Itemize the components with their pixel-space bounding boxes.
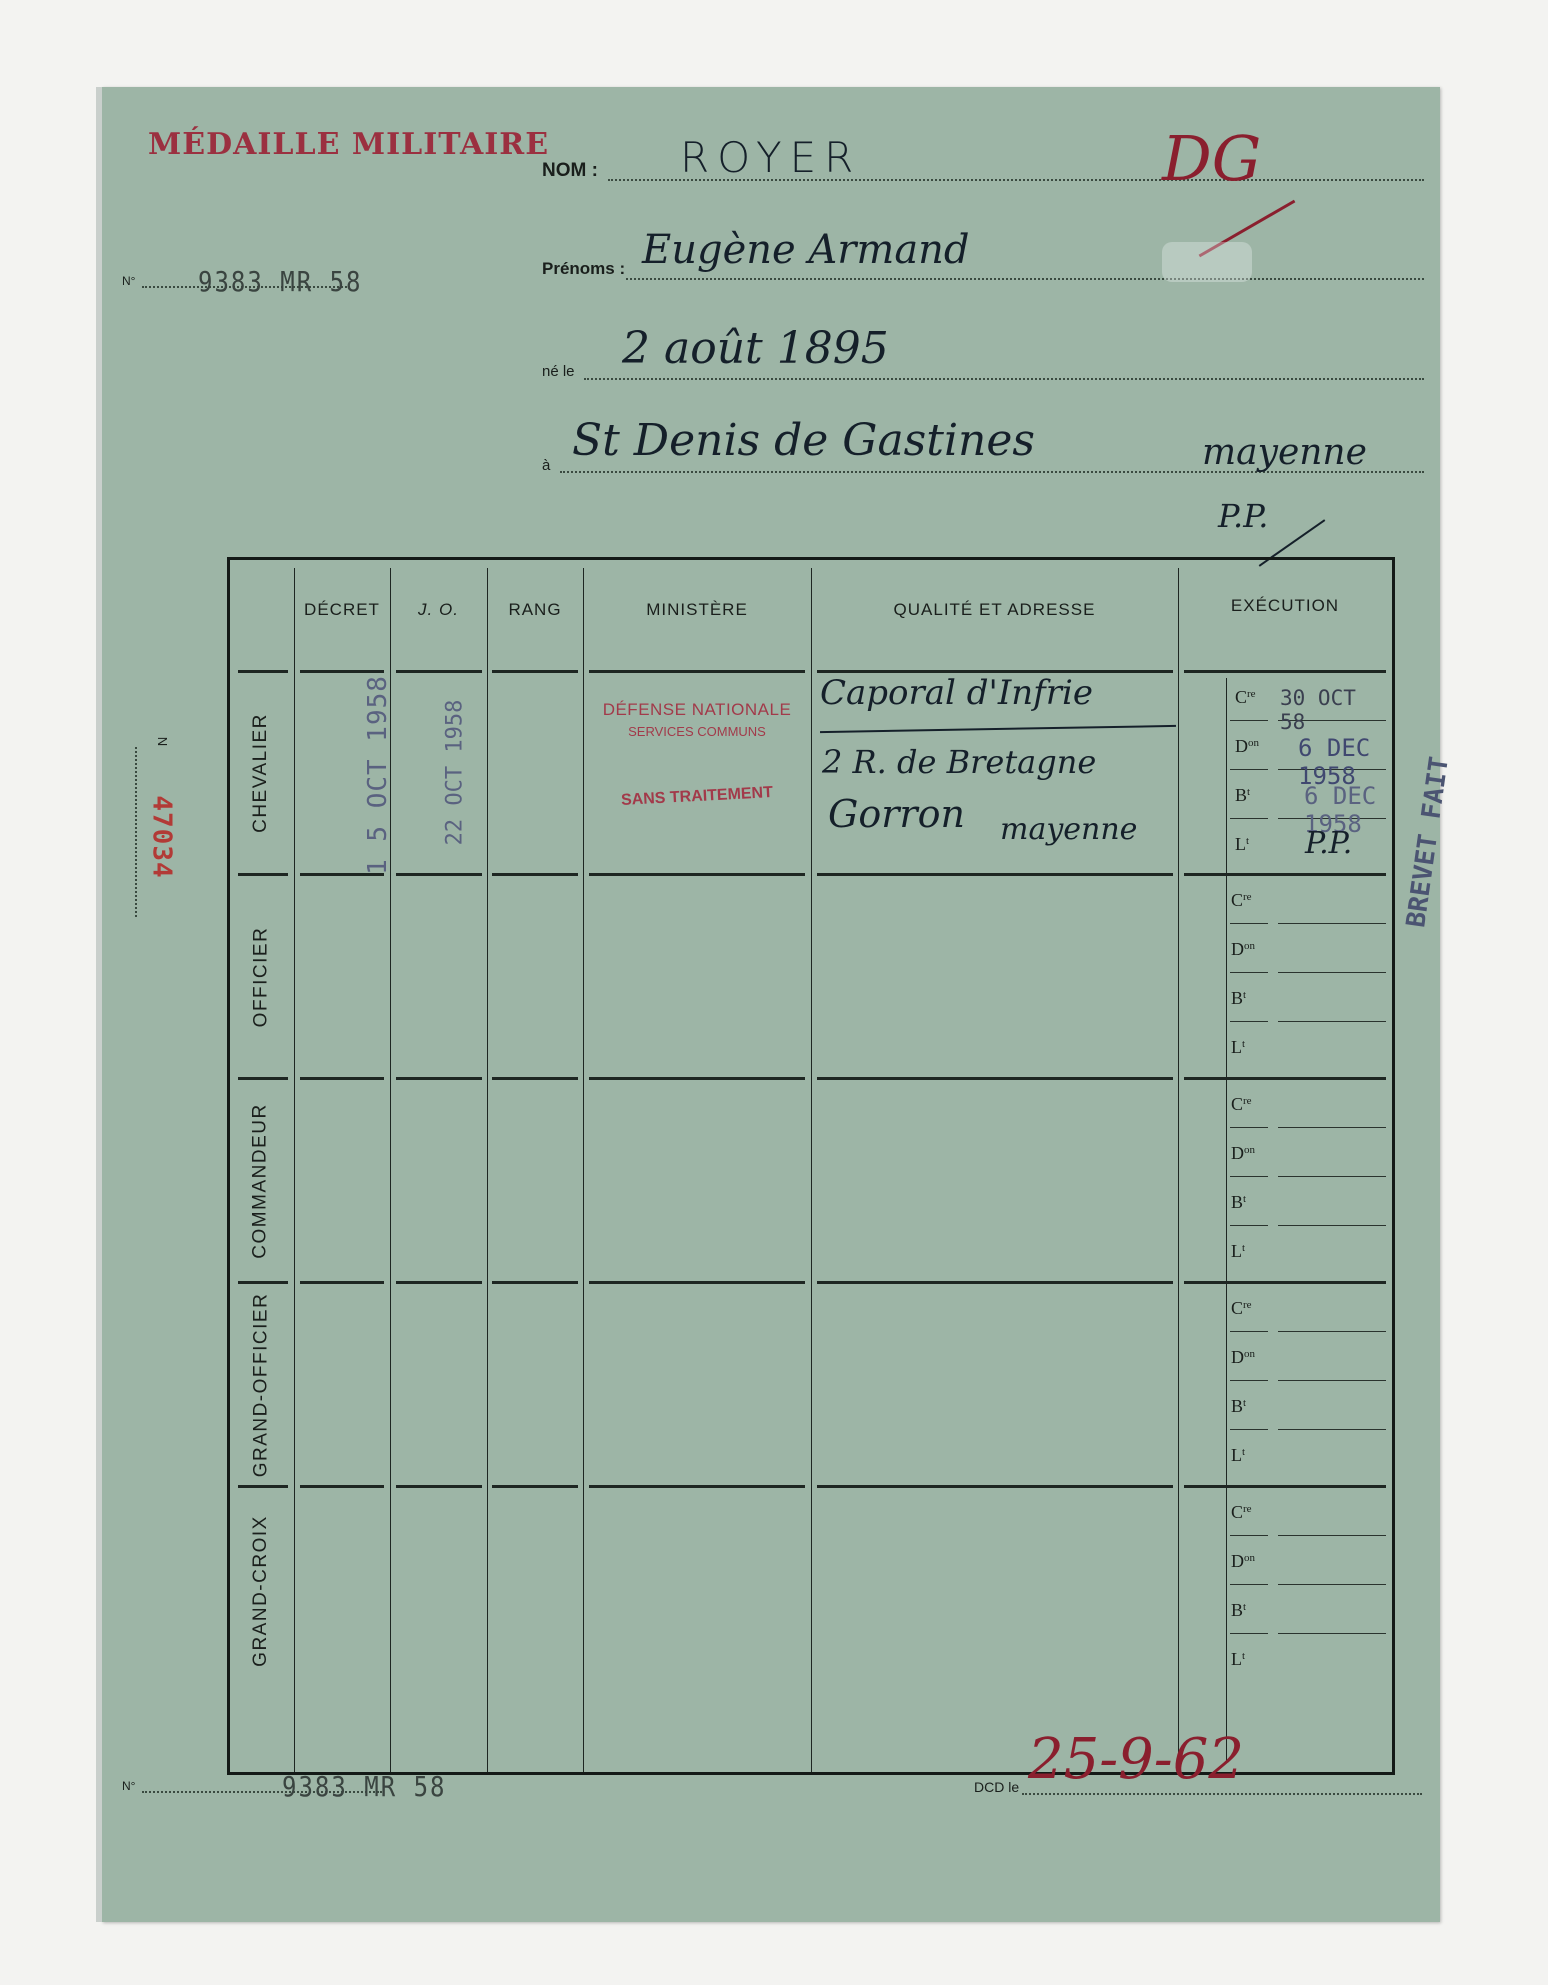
row-sep <box>300 1077 384 1080</box>
exec-lt-value: P.P. <box>1305 826 1352 861</box>
row-label-commandeur: COMMANDEUR <box>234 1080 288 1281</box>
exec-sep <box>1278 1021 1386 1022</box>
adresse-department[interactable]: mayenne <box>1000 812 1137 847</box>
exec-label-bt: Bt <box>1231 1600 1246 1621</box>
qualite-value[interactable]: Caporal d'Infrie <box>820 673 1093 713</box>
exec-sep <box>1230 1633 1268 1634</box>
exec-sep <box>1278 1176 1386 1177</box>
a-label: à <box>542 457 550 474</box>
exec-sep <box>1230 818 1268 819</box>
exec-label-lt: Lt <box>1235 834 1249 855</box>
decret-date-stamp: 1 5 OCT 1958 <box>363 675 393 875</box>
col-divider <box>583 568 584 1772</box>
row-label-grand-officier: GRAND-OFFICIER <box>234 1284 288 1485</box>
exec-sep <box>1230 1429 1268 1430</box>
exec-sep <box>1230 923 1268 924</box>
ne-le-dotted-line <box>584 378 1424 380</box>
footer-numero-value[interactable]: 9383 MR 58 <box>282 1771 447 1803</box>
row-sep <box>817 1077 1173 1080</box>
brevet-fait-stamp: BREVET FAIT <box>1401 755 1455 930</box>
col-header-qualite-adresse: QUALITÉ ET ADRESSE <box>811 600 1178 620</box>
exec-sep <box>1278 1225 1386 1226</box>
exec-label-bt: Bt <box>1231 1192 1246 1213</box>
exec-sep <box>1230 720 1268 721</box>
row-sep <box>1184 873 1386 876</box>
col-header-ministere: MINISTÈRE <box>583 600 811 620</box>
col-header-jo: J. O. <box>390 600 487 620</box>
nom-value[interactable]: ROYER <box>680 133 861 182</box>
row-sep <box>589 670 805 673</box>
exec-sep <box>1230 1176 1268 1177</box>
row-sep <box>492 873 578 876</box>
initials-top: P.P. <box>1218 497 1268 535</box>
ne-le-value[interactable]: 2 août 1895 <box>622 323 889 374</box>
row-sep <box>1184 670 1386 673</box>
adresse-line2[interactable]: Gorron <box>828 792 965 836</box>
decoration-table: DÉCRET J. O. RANG MINISTÈRE QUALITÉ ET A… <box>227 557 1395 1775</box>
erasure-mark <box>1162 242 1252 282</box>
row-sep <box>589 1485 805 1488</box>
col-divider <box>487 568 488 1772</box>
exec-sep <box>1230 1331 1268 1332</box>
col-divider <box>1178 568 1179 1772</box>
row-sep <box>396 670 482 673</box>
nom-label: NOM : <box>542 160 598 182</box>
row-sep <box>396 1485 482 1488</box>
side-red-number: 47034 <box>147 795 177 878</box>
numero-label: N° <box>122 274 135 288</box>
row-sep <box>396 873 482 876</box>
exec-label-lt: Lt <box>1231 1241 1245 1262</box>
dcd-dotted-line <box>1022 1793 1422 1795</box>
exec-label-lt: Lt <box>1231 1037 1245 1058</box>
ne-le-label: né le <box>542 363 575 380</box>
row-label-chevalier: CHEVALIER <box>234 673 288 873</box>
row-label-grand-croix: GRAND-CROIX <box>234 1488 288 1693</box>
row-sep <box>300 1485 384 1488</box>
exec-sep <box>1278 1633 1386 1634</box>
exec-label-bt: Bt <box>1235 785 1250 806</box>
row-sep <box>589 1281 805 1284</box>
exec-sep <box>1230 1535 1268 1536</box>
prenoms-label: Prénoms : <box>542 259 625 279</box>
row-sep <box>1184 1281 1386 1284</box>
exec-label-bt: Bt <box>1231 988 1246 1009</box>
row-sep <box>492 1077 578 1080</box>
exec-label-cre: Cre <box>1231 890 1252 911</box>
exec-sep <box>1278 1584 1386 1585</box>
exec-label-bt: Bt <box>1231 1396 1246 1417</box>
row-sep <box>492 1281 578 1284</box>
exec-sep <box>1278 1535 1386 1536</box>
col-header-execution: EXÉCUTION <box>1178 596 1392 616</box>
record-card: MÉDAILLE MILITAIRE NOM : ROYER DG N° 938… <box>102 87 1440 1922</box>
row-sep <box>492 1485 578 1488</box>
qualite-underline <box>820 725 1176 733</box>
adresse-line1[interactable]: 2 R. de Bretagne <box>822 743 1096 781</box>
col-header-rang: RANG <box>487 600 583 620</box>
exec-sep <box>1230 1021 1268 1022</box>
exec-label-cre: Cre <box>1231 1094 1252 1115</box>
exec-sep <box>1278 1331 1386 1332</box>
side-dotted-line <box>135 747 137 917</box>
dcd-label: DCD le <box>974 1779 1019 1795</box>
col-header-decret: DÉCRET <box>294 600 390 620</box>
exec-sep <box>1278 972 1386 973</box>
exec-sep <box>1278 1127 1386 1128</box>
ministere-stamp-line2: SERVICES COMMUNS <box>583 724 811 739</box>
row-sep <box>300 1281 384 1284</box>
exec-sep <box>1230 1380 1268 1381</box>
corner-annotation: DG <box>1162 122 1261 195</box>
exec-label-don: Don <box>1231 1551 1255 1572</box>
exec-label-cre: Cre <box>1231 1298 1252 1319</box>
header-stamp-medaille-militaire: MÉDAILLE MILITAIRE <box>148 127 549 162</box>
row-sep <box>396 1281 482 1284</box>
execution-inner-divider <box>1226 678 1227 1762</box>
exec-sep <box>1278 1380 1386 1381</box>
row-label-officier: OFFICIER <box>234 876 288 1077</box>
exec-label-don: Don <box>1231 939 1255 960</box>
row-sep <box>589 1077 805 1080</box>
exec-label-cre: Cre <box>1235 687 1256 708</box>
exec-sep <box>1230 1127 1268 1128</box>
prenoms-dotted-line <box>626 278 1424 280</box>
numero-value[interactable]: 9383 MR 58 <box>198 266 363 298</box>
exec-sep <box>1230 1225 1268 1226</box>
row-sep <box>817 1281 1173 1284</box>
exec-label-don: Don <box>1231 1347 1255 1368</box>
row-sep <box>817 873 1173 876</box>
row-sep <box>1184 1485 1386 1488</box>
exec-sep <box>1230 972 1268 973</box>
exec-label-lt: Lt <box>1231 1445 1245 1466</box>
side-n-label: N <box>155 737 170 746</box>
row-sep <box>589 873 805 876</box>
exec-label-don: Don <box>1235 736 1259 757</box>
exec-label-cre: Cre <box>1231 1502 1252 1523</box>
row-sep <box>1184 1077 1386 1080</box>
ministere-stamp-line3: SANS TRAITEMENT <box>583 782 812 812</box>
ministere-stamp-line1: DÉFENSE NATIONALE <box>583 700 811 720</box>
dcd-value[interactable]: 25-9-62 <box>1028 1727 1244 1792</box>
row-sep <box>492 670 578 673</box>
col-divider <box>811 568 812 1772</box>
prenoms-value[interactable]: Eugène Armand <box>642 227 970 273</box>
jo-date-stamp: 22 OCT 1958 <box>442 700 467 846</box>
exec-cre-value: 30 OCT 58 <box>1280 686 1392 734</box>
exec-label-lt: Lt <box>1231 1649 1245 1670</box>
exec-sep <box>1278 1429 1386 1430</box>
footer-numero-label: N° <box>122 1779 135 1793</box>
exec-sep <box>1278 923 1386 924</box>
exec-sep <box>1230 769 1268 770</box>
birthplace-value[interactable]: St Denis de Gastines <box>572 415 1035 466</box>
exec-label-don: Don <box>1231 1143 1255 1164</box>
exec-sep <box>1230 1584 1268 1585</box>
row-sep <box>300 670 384 673</box>
row-sep <box>817 1485 1173 1488</box>
row-sep <box>396 1077 482 1080</box>
col-divider <box>294 568 295 1772</box>
birthplace-department[interactable]: mayenne <box>1202 432 1367 473</box>
